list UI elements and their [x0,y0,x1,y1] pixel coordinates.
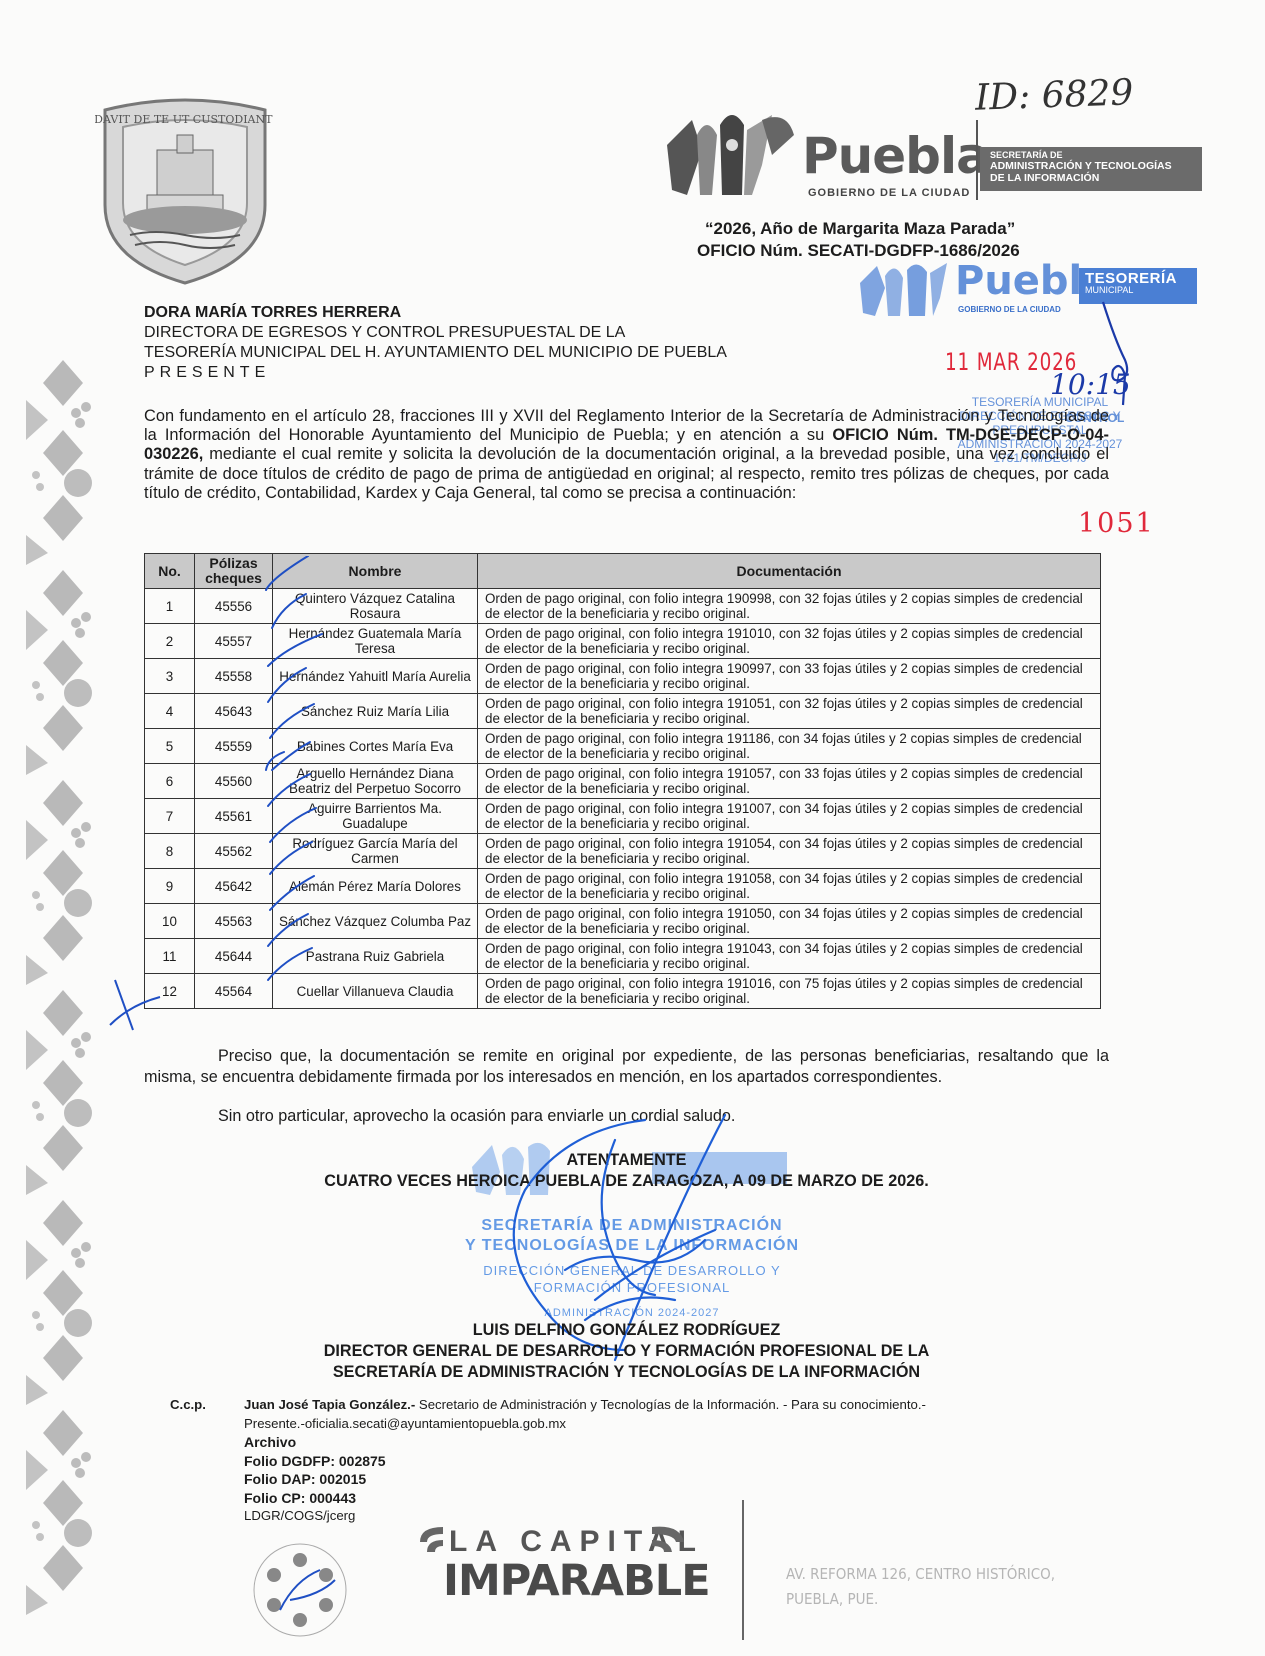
row-no: 7 [145,799,195,834]
row-poliza: 45643 [195,694,273,729]
folio-red-stamp: 1051 [1078,508,1155,539]
wing-left-icon [415,1522,445,1562]
presente-label: PRESENTE [144,363,727,383]
row-poliza: 45556 [195,589,273,624]
signer-block: LUIS DELFINO GONZÁLEZ RODRÍGUEZ DIRECTOR… [144,1320,1109,1383]
row-documentacion: Orden de pago original, con folio integr… [478,834,1101,869]
row-documentacion: Orden de pago original, con folio integr… [478,694,1101,729]
row-no: 9 [145,869,195,904]
handwritten-check-marks-icon [262,556,332,1016]
decorative-border [18,355,108,1615]
row-no: 4 [145,694,195,729]
folio-dgdfp: Folio DGDFP: 002875 [244,1452,1144,1471]
secretaria-line-2: ADMINISTRACIÓN Y TECNOLOGÍAS [990,160,1202,172]
norma-mexicana-seal [250,1540,350,1640]
folio-dap: Folio DAP: 002015 [244,1470,1144,1489]
secretaria-line-3: DE LA INFORMACIÓN [990,172,1202,184]
ccp-label: C.c.p. [170,1396,206,1415]
puebla-wordmark: Puebla [802,127,989,185]
row-poliza: 45558 [195,659,273,694]
row-poliza: 45644 [195,939,273,974]
row-documentacion: Orden de pago original, con folio integr… [478,764,1101,799]
address-line-1: AV. REFORMA 126, CENTRO HISTÓRICO, [786,1562,1055,1587]
row-documentacion: Orden de pago original, con folio integr… [478,799,1101,834]
signer-title-2: SECRETARÍA DE ADMINISTRACIÓN Y TECNOLOGÍ… [144,1362,1109,1383]
address-line-2: PUEBLA, PUE. [786,1587,1055,1612]
para1-text-b: mediante el cual remite y solicita la de… [144,445,1109,501]
ccp-archivo: Archivo [244,1433,1144,1452]
footer-address: AV. REFORMA 126, CENTRO HISTÓRICO, PUEBL… [786,1562,1055,1612]
year-motto: “2026, Año de Margarita Maza Parada” [705,219,1015,239]
row-documentacion: Orden de pago original, con folio integr… [478,729,1101,764]
logo-divider [976,120,978,200]
row-poliza: 45559 [195,729,273,764]
addressee-block: DORA MARÍA TORRES HERRERA DIRECTORA DE E… [144,303,727,383]
body-paragraph-1: Con fundamento en el artículo 28, fracci… [144,407,1109,503]
header-no: No. [145,554,195,589]
addressee-title-2: TESORERÍA MUNICIPAL DEL H. AYUNTAMIENTO … [144,343,727,363]
row-documentacion: Orden de pago original, con folio integr… [478,939,1101,974]
row-no: 8 [145,834,195,869]
signer-title-1: DIRECTOR GENERAL DE DESARROLLO Y FORMACI… [144,1341,1109,1362]
gobierno-ciudad-label: GOBIERNO DE LA CIUDAD [808,187,970,199]
secretaria-line-1: SECRETARÍA DE [990,150,1202,160]
row-no: 10 [145,904,195,939]
row-no: 2 [145,624,195,659]
row-documentacion: Orden de pago original, con folio integr… [478,869,1101,904]
crest-motto: ANGELIS SUIS DEUS MANDAVIT DE TE UT CUST… [95,113,275,126]
puebla-emblem-icon [662,105,797,200]
puebla-header-logo: Puebla GOBIERNO DE LA CIUDAD SECRETARÍA … [662,105,1202,205]
folio-cp: Folio CP: 000443 [244,1489,1144,1508]
row-no: 3 [145,659,195,694]
row-no: 11 [145,939,195,974]
header-polizas: Pólizas cheques [195,554,273,589]
row-poliza: 45560 [195,764,273,799]
ccp-body: Juan José Tapia González.- Secretario de… [244,1396,1144,1526]
handwritten-cross-icon [105,975,165,1035]
handwritten-id: ID: 6829 [974,72,1134,118]
secretaria-label-box: SECRETARÍA DE ADMINISTRACIÓN Y TECNOLOGÍ… [980,147,1202,191]
row-documentacion: Orden de pago original, con folio integr… [478,589,1101,624]
la-capital-imparable-logo: LA CAPITAL IMPARABLE [415,1522,715,1622]
row-poliza: 45563 [195,904,273,939]
row-poliza: 45642 [195,869,273,904]
row-documentacion: Orden de pago original, con folio integr… [478,974,1101,1009]
slogan-line-2: IMPARABLE [443,1556,710,1606]
row-poliza: 45561 [195,799,273,834]
row-documentacion: Orden de pago original, con folio integr… [478,659,1101,694]
row-poliza: 45564 [195,974,273,1009]
row-poliza: 45557 [195,624,273,659]
ccp-recipient-text: Secretario de Administración y Tecnologí… [415,1397,926,1412]
city-crest-logo: ANGELIS SUIS DEUS MANDAVIT DE TE UT CUST… [95,95,275,285]
addressee-name: DORA MARÍA TORRES HERRERA [144,303,727,323]
row-documentacion: Orden de pago original, con folio integr… [478,624,1101,659]
puebla-emblem-icon [855,258,950,318]
signer-name: LUIS DELFINO GONZÁLEZ RODRÍGUEZ [144,1320,1109,1341]
row-no: 1 [145,589,195,624]
row-documentacion: Orden de pago original, con folio integr… [478,904,1101,939]
header-documentacion: Documentación [478,554,1101,589]
tesoreria-stamp: Puebla GOBIERNO DE LA CIUDAD TESORERÍA M… [855,258,1195,320]
ccp-recipient-email: Presente.-oficialia.secati@ayuntamientop… [244,1415,1144,1434]
footer-divider [742,1500,744,1640]
row-poliza: 45562 [195,834,273,869]
row-no: 6 [145,764,195,799]
ccp-recipient-name: Juan José Tapia González.- [244,1397,415,1412]
tesoreria-stamp-subtitle: GOBIERNO DE LA CIUDAD [958,305,1061,314]
addressee-title-1: DIRECTORA DE EGRESOS Y CONTROL PRESUPUES… [144,323,727,343]
body-paragraph-2: Preciso que, la documentación se remite … [144,1046,1109,1088]
tesoreria-stamp-box: TESORERÍA MUNICIPAL [1079,268,1197,304]
row-no: 5 [145,729,195,764]
